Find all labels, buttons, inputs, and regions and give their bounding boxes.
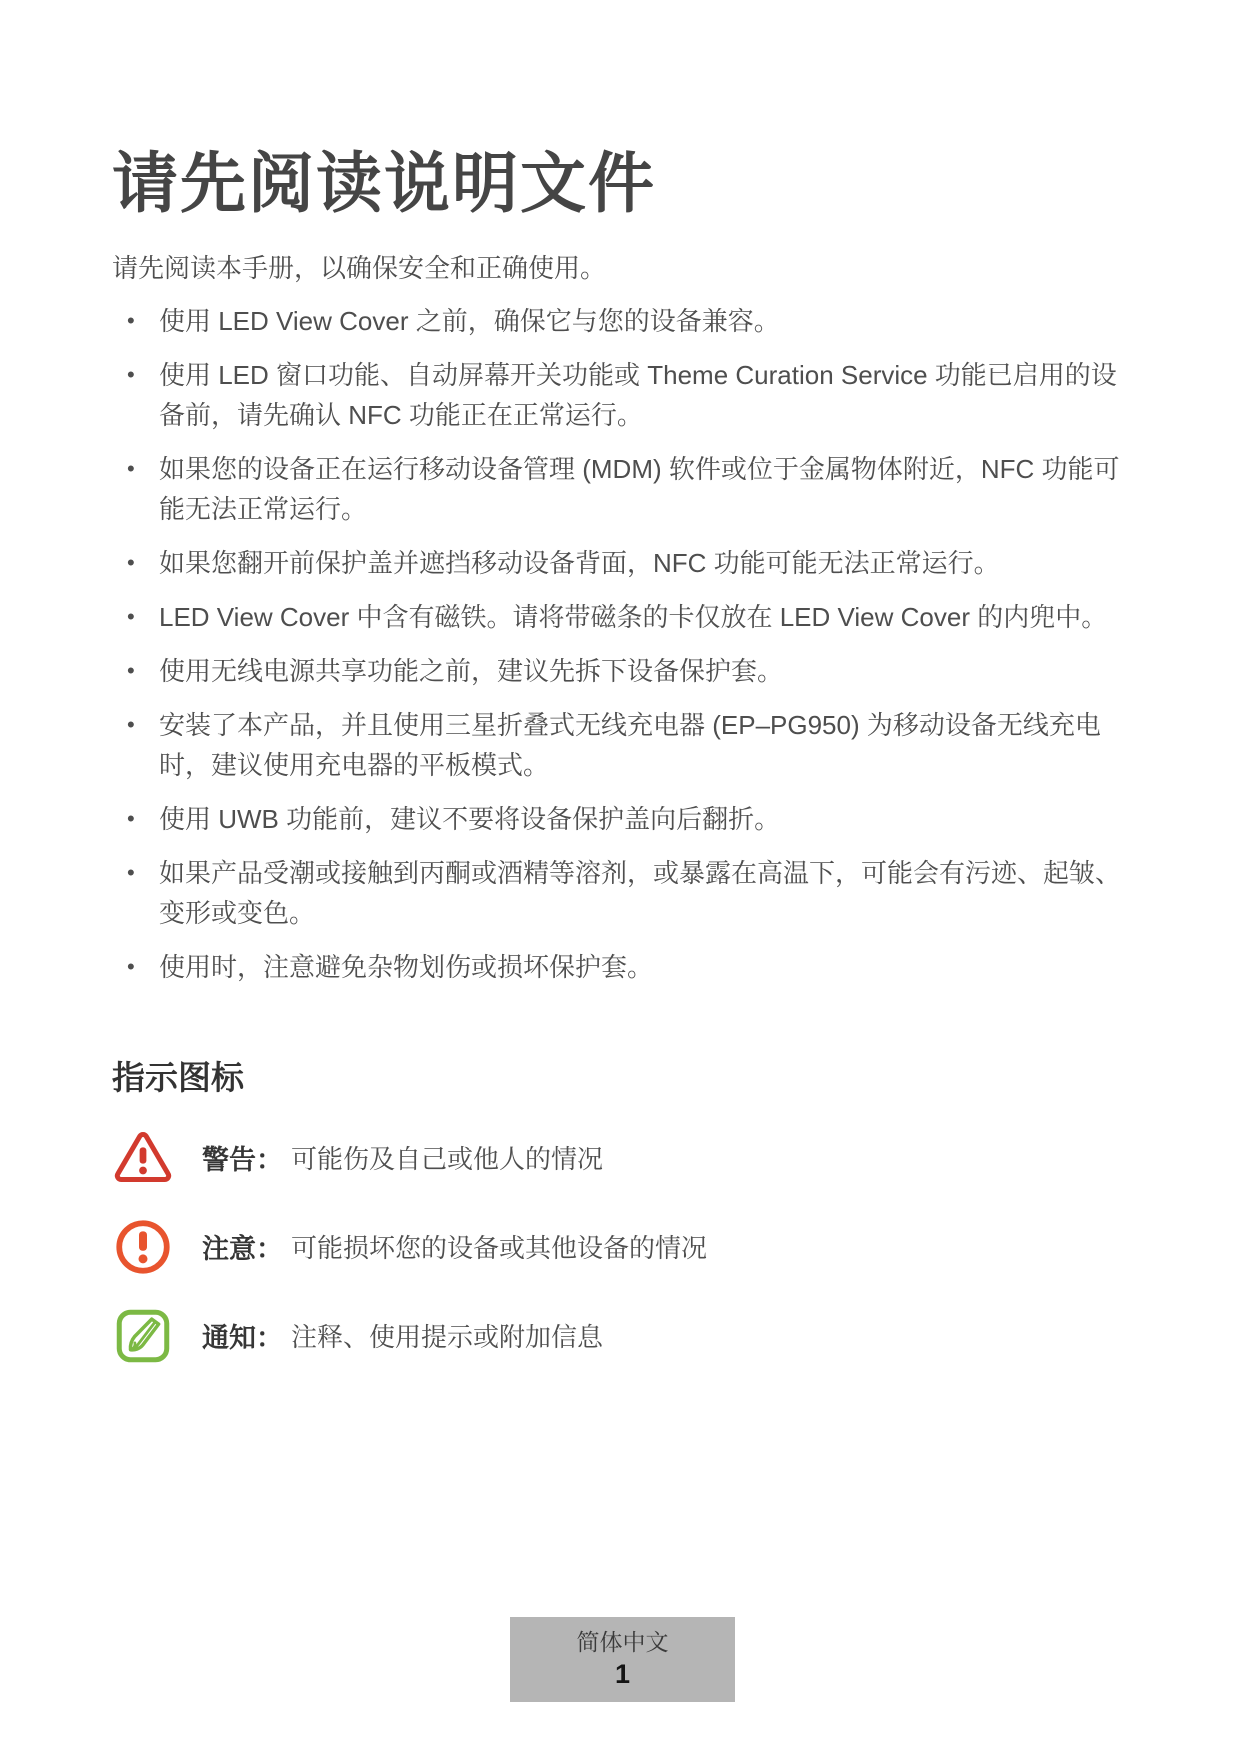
list-item: • 使用 LED 窗口功能、自动屏幕开关功能或 Theme Curation S… bbox=[112, 348, 1137, 442]
bullet-text: 使用 UWB 功能前，建议不要将设备保护盖向后翻折。 bbox=[159, 799, 780, 839]
list-item: • 如果您翻开前保护盖并遮挡移动设备背面，NFC 功能可能无法正常运行。 bbox=[112, 536, 1137, 590]
bullet-text: 安装了本产品，并且使用三星折叠式无线充电器 (EP–PG950) 为移动设备无线… bbox=[159, 705, 1137, 785]
list-item: • 安装了本产品，并且使用三星折叠式无线充电器 (EP–PG950) 为移动设备… bbox=[112, 698, 1137, 792]
list-item: • 使用 UWB 功能前，建议不要将设备保护盖向后翻折。 bbox=[112, 792, 1137, 846]
bullet-icon: • bbox=[127, 947, 145, 987]
bullet-icon: • bbox=[127, 705, 145, 745]
indicator-row: 注意： 可能损坏您的设备或其他设备的情况 bbox=[112, 1216, 1137, 1278]
bullet-text: 使用无线电源共享功能之前，建议先拆下设备保护套。 bbox=[159, 651, 783, 691]
bullet-icon: • bbox=[127, 301, 145, 341]
bullet-text: LED View Cover 中含有磁铁。请将带磁条的卡仅放在 LED View… bbox=[159, 597, 1107, 637]
warning-triangle-icon bbox=[112, 1127, 174, 1189]
footer-box: 简体中文 1 bbox=[510, 1617, 735, 1702]
footer-page-number: 1 bbox=[615, 1658, 630, 1692]
indicator-description: 可能伤及自己或他人的情况 bbox=[291, 1139, 603, 1176]
indicator-description: 注释、使用提示或附加信息 bbox=[291, 1317, 603, 1354]
intro-text: 请先阅读本手册，以确保安全和正确使用。 bbox=[112, 248, 1137, 288]
section-heading-indicator-icons: 指示图标 bbox=[112, 1052, 1137, 1099]
list-item: • 如果产品受潮或接触到丙酮或酒精等溶剂，或暴露在高温下，可能会有污迹、起皱、变… bbox=[112, 846, 1137, 940]
indicator-label: 警告： bbox=[202, 1138, 283, 1177]
bullet-text: 使用 LED 窗口功能、自动屏幕开关功能或 Theme Curation Ser… bbox=[159, 355, 1137, 435]
list-item: • 使用无线电源共享功能之前，建议先拆下设备保护套。 bbox=[112, 644, 1137, 698]
bullet-icon: • bbox=[127, 651, 145, 691]
footer-language: 简体中文 bbox=[577, 1628, 669, 1658]
list-item: • 使用 LED View Cover 之前，确保它与您的设备兼容。 bbox=[112, 294, 1137, 348]
list-item: • 使用时，注意避免杂物划伤或损坏保护套。 bbox=[112, 940, 1137, 994]
notes-list: • 使用 LED View Cover 之前，确保它与您的设备兼容。 • 使用 … bbox=[112, 294, 1137, 994]
page-title: 请先阅读说明文件 bbox=[112, 146, 1137, 222]
indicator-description: 可能损坏您的设备或其他设备的情况 bbox=[291, 1228, 707, 1265]
indicator-row: 通知： 注释、使用提示或附加信息 bbox=[112, 1305, 1137, 1367]
bullet-text: 如果您的设备正在运行移动设备管理 (MDM) 软件或位于金属物体附近，NFC 功… bbox=[159, 449, 1137, 529]
bullet-text: 使用时，注意避免杂物划伤或损坏保护套。 bbox=[159, 947, 653, 987]
indicator-label: 通知： bbox=[202, 1316, 283, 1355]
indicator-icons-list: 警告： 可能伤及自己或他人的情况 注意： 可能损坏您的设备或其他设备的情况 通知… bbox=[112, 1127, 1137, 1367]
list-item: • 如果您的设备正在运行移动设备管理 (MDM) 软件或位于金属物体附近，NFC… bbox=[112, 442, 1137, 536]
indicator-row: 警告： 可能伤及自己或他人的情况 bbox=[112, 1127, 1137, 1189]
bullet-icon: • bbox=[127, 853, 145, 893]
list-item: • LED View Cover 中含有磁铁。请将带磁条的卡仅放在 LED Vi… bbox=[112, 590, 1137, 644]
caution-circle-icon bbox=[112, 1216, 174, 1278]
bullet-icon: • bbox=[127, 597, 145, 637]
page-content: 请先阅读说明文件 请先阅读本手册，以确保安全和正确使用。 • 使用 LED Vi… bbox=[0, 0, 1241, 1367]
notice-pen-icon bbox=[112, 1305, 174, 1367]
bullet-text: 如果产品受潮或接触到丙酮或酒精等溶剂，或暴露在高温下，可能会有污迹、起皱、变形或… bbox=[159, 853, 1137, 933]
bullet-text: 如果您翻开前保护盖并遮挡移动设备背面，NFC 功能可能无法正常运行。 bbox=[159, 543, 1000, 583]
bullet-icon: • bbox=[127, 799, 145, 839]
indicator-label: 注意： bbox=[202, 1227, 283, 1266]
bullet-icon: • bbox=[127, 449, 145, 489]
bullet-text: 使用 LED View Cover 之前，确保它与您的设备兼容。 bbox=[159, 301, 780, 341]
bullet-icon: • bbox=[127, 543, 145, 583]
bullet-icon: • bbox=[127, 355, 145, 395]
